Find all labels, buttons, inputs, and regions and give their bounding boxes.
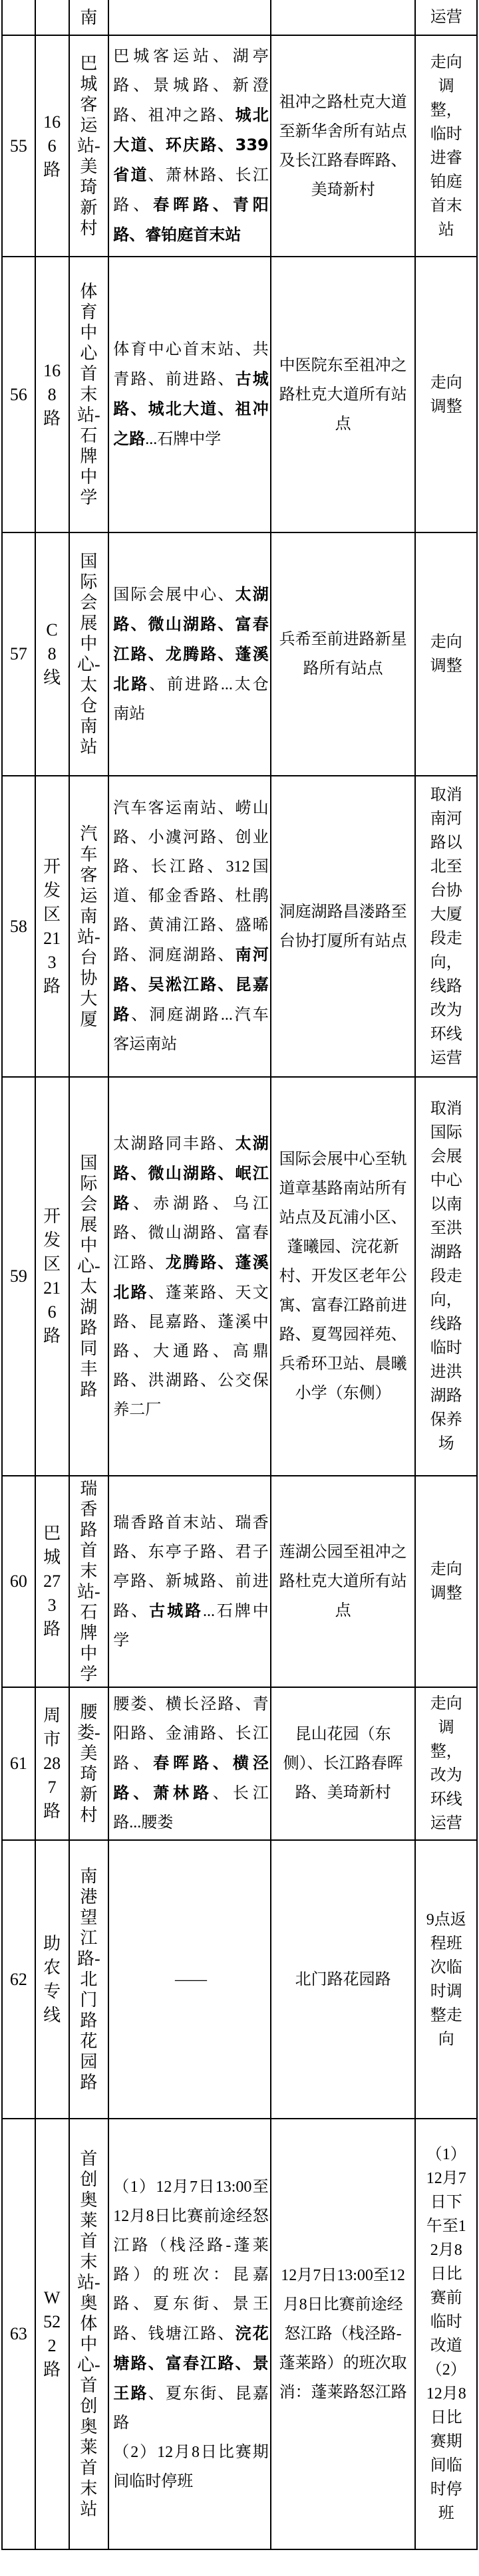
table-row: 62 助农专线 南港望江路-北门路花园路 —— 北门路花园路 9点返程班次临时调… xyxy=(3,1841,476,2119)
route-number xyxy=(36,0,70,35)
adjustment-note: 走向调整，改为环线运营 xyxy=(416,1688,476,1839)
table-row: 58 开发区213路 汽车客运南站-台协大厦 汽车客运南站、崂山路、小澞河路、创… xyxy=(3,776,476,1078)
row-number-text: 55 xyxy=(3,136,35,156)
row-number-text: 56 xyxy=(3,385,35,405)
route-roads: 巴城客运站、湖亭路、景城路、新澄路、祖冲之路、城北大道、环庆路、339省道、萧林… xyxy=(109,36,271,256)
adjustment-note-text: 9点返程班次临时调整走向 xyxy=(424,1908,468,2051)
route-number: W522路 xyxy=(36,2119,70,2549)
row-number: 59 xyxy=(3,1078,36,1475)
route-name: 国际会展中心-太湖路同丰路 xyxy=(70,1078,110,1475)
route-number: 166路 xyxy=(36,36,70,256)
route-name-text: 首创奥莱首末站-奥体中心-首创奥莱首末站 xyxy=(77,2149,102,2519)
adjustment-note: （1）12月7日下午至12月8日比赛前临时改道（2）12月8日比赛期间临时停班 xyxy=(416,2119,476,2549)
adjustment-note-text: 走向调整 xyxy=(424,630,468,678)
route-roads: 国际会展中心、太湖路、微山湖路、富春江路、龙腾路、蓬溪北路、前进路...太仓南站 xyxy=(109,533,271,775)
route-number: 168路 xyxy=(36,257,70,532)
affected-stops: 中医院东至祖冲之路杜克大道所有站点 xyxy=(271,257,416,532)
table-row: 59 开发区216路 国际会展中心-太湖路同丰路 太湖路同丰路、太湖路、微山湖路… xyxy=(3,1078,476,1476)
route-roads: 瑞香路首末站、瑞香路、东亭子路、君子亭路、新城路、前进路、古城路...石牌中学 xyxy=(109,1476,271,1687)
affected-stops-text: 洞庭湖路昌溇路至台协打厦所有站点 xyxy=(277,897,410,956)
row-number: 58 xyxy=(3,776,36,1076)
route-roads-text: 巴城客运站、湖亭路、景城路、新澄路、祖冲之路、城北大道、环庆路、339省道、萧林… xyxy=(113,42,268,250)
route-number-text: 166路 xyxy=(43,110,61,182)
affected-stops: 北门路花园路 xyxy=(271,1841,416,2118)
road-segment: 国际会展中心、 xyxy=(113,586,235,604)
route-number: 巴城273路 xyxy=(36,1476,70,1687)
route-roads: —— xyxy=(109,1841,271,2118)
row-number-text: 60 xyxy=(3,1572,35,1591)
route-number-text: C8线 xyxy=(43,618,61,690)
row-number: 63 xyxy=(3,2119,36,2549)
route-roads-text: 太湖路同丰路、太湖路、微山湖路、岷江路、赤湖路、乌江路、微山湖路、富春江路、龙腾… xyxy=(113,1129,268,1425)
adjustment-note: 9点返程班次临时调整走向 xyxy=(416,1841,476,2118)
route-roads: 体育中心首末站、共青路、前进路、古城路、城北大道、祖冲之路...石牌中学 xyxy=(109,257,271,532)
road-segment: 、洞庭湖路...汽车客运南站 xyxy=(113,1006,268,1053)
adjustment-note-text: 走向调整，改为环线运营 xyxy=(424,1692,468,1835)
route-roads: 汽车客运南站、崂山路、小澞河路、创业路、长江路、312国道、郁金香路、杜鹃路、黄… xyxy=(109,776,271,1076)
route-name-text: 腰娄-美琦新村 xyxy=(77,1702,102,1825)
route-name: 汽车客运南站-台协大厦 xyxy=(70,776,110,1076)
affected-stops: 祖冲之路杜克大道至新华舍所有站点及长江路春晖路、美琦新村 xyxy=(271,36,416,256)
adjustment-note: 取消国际会展中心以南至洪湖路段走向，线路临时进洪湖路保养场 xyxy=(416,1078,476,1475)
route-roads-text: —— xyxy=(113,1965,268,1994)
route-roads: 太湖路同丰路、太湖路、微山湖路、岷江路、赤湖路、乌江路、微山湖路、富春江路、龙腾… xyxy=(109,1078,271,1475)
route-number-text: W522路 xyxy=(43,2286,61,2382)
road-segment: 太湖路同丰路、 xyxy=(113,1135,235,1153)
route-name-text: 南 xyxy=(77,7,102,28)
row-number-text: 57 xyxy=(3,644,35,664)
route-number-text: 周市287路 xyxy=(43,1704,61,1823)
route-number-text: 巴城273路 xyxy=(43,1522,61,1641)
table-row: 55 166路 巴城客运站-美琦新村 巴城客运站、湖亭路、景城路、新澄路、祖冲之… xyxy=(3,36,476,257)
affected-stops-text: 祖冲之路杜克大道至新华舍所有站点及长江路春晖路、美琦新村 xyxy=(277,88,410,205)
route-name: 瑞香路首末站-石牌中学 xyxy=(70,1476,110,1687)
road-segment: ...石牌中学 xyxy=(145,431,221,448)
adjustment-note-text: 走向调整，临时进睿铂庭首末站 xyxy=(424,51,468,242)
affected-stops: 昆山花园（东侧）、长江路春晖路、美琦新村 xyxy=(271,1688,416,1839)
road-segment: （1）12月7日13:00至12月8日比赛前途经怒江路（栈泾路-蓬莱路）的班次：… xyxy=(113,2178,268,2343)
table-row: 60 巴城273路 瑞香路首末站-石牌中学 瑞香路首末站、瑞香路、东亭子路、君子… xyxy=(3,1476,476,1688)
affected-stops-text: 兵希至前进路新星路所有站点 xyxy=(277,625,410,683)
adjustment-note: 运营 xyxy=(416,0,476,35)
route-name-text: 汽车客运南站-台协大厦 xyxy=(77,824,102,1030)
route-roads-text: 国际会展中心、太湖路、微山湖路、富春江路、龙腾路、蓬溪北路、前进路...太仓南站 xyxy=(113,580,268,729)
adjustment-note: 走向调整 xyxy=(416,257,476,532)
adjustment-note-text: （1）12月7日下午至12月8日比赛前临时改道（2）12月8日比赛期间临时停班 xyxy=(424,2143,468,2525)
affected-stops-text: 12月7日13:00至12月8日比赛前途经怒江路（栈泾路-蓬莱路）的班次取消：蓬… xyxy=(277,2261,410,2407)
adjustment-note: 取消南河路以北至台协大厦段走向，线路改为环线运营 xyxy=(416,776,476,1076)
row-number: 61 xyxy=(3,1688,36,1839)
route-adjustment-table: 南 运营 55 166路 巴城客运站-美琦新村 巴城客运站、湖亭路、景城路、新澄… xyxy=(1,0,478,2550)
row-number-text: 59 xyxy=(3,1266,35,1286)
row-number: 55 xyxy=(3,36,36,256)
route-name: 首创奥莱首末站-奥体中心-首创奥莱首末站 xyxy=(70,2119,110,2549)
row-number-text: 61 xyxy=(3,1754,35,1774)
route-number-text: 168路 xyxy=(43,359,61,431)
bus-route-adjustment-notice: 南 运营 55 166路 巴城客运站-美琦新村 巴城客运站、湖亭路、景城路、新澄… xyxy=(0,0,479,2576)
route-roads-text: 体育中心首末站、共青路、前进路、古城路、城北大道、祖冲之路...石牌中学 xyxy=(113,335,268,454)
row-number-text: 58 xyxy=(3,917,35,937)
emphasized-road-segment: 古城路 xyxy=(149,1601,203,1620)
route-name: 体育中心首末站-石牌中学 xyxy=(70,257,110,532)
affected-stops: 莲湖公园至祖冲之路杜克大道所有站点 xyxy=(271,1476,416,1687)
road-segment: 、蓬莱路、天文路、昆嘉路、蓬溪中路、大通路、高鼎路、洪湖路、公交保养二厂 xyxy=(113,1284,268,1419)
route-name-text: 瑞香路首末站-石牌中学 xyxy=(77,1478,102,1685)
route-name: 腰娄-美琦新村 xyxy=(70,1688,110,1839)
route-number: 助农专线 xyxy=(36,1841,70,2118)
route-number: 开发区213路 xyxy=(36,776,70,1076)
adjustment-note: 走向调整，临时进睿铂庭首末站 xyxy=(416,36,476,256)
affected-stops: 国际会展中心至轨道章基路南站所有站点及瓦浦小区、蓬曦园、浣花新村、开发区老年公寓… xyxy=(271,1078,416,1475)
table-row: 63 W522路 首创奥莱首末站-奥体中心-首创奥莱首末站 （1）12月7日13… xyxy=(3,2119,476,2550)
route-number: C8线 xyxy=(36,533,70,775)
adjustment-note-text: 走向调整 xyxy=(424,1558,468,1605)
row-number: 57 xyxy=(3,533,36,775)
row-number-text: 63 xyxy=(3,2324,35,2344)
affected-stops-text: 莲湖公园至祖冲之路杜克大道所有站点 xyxy=(277,1538,410,1625)
road-segment: 汽车客运南站、崂山路、小澞河路、创业路、长江路、312国道、郁金香路、杜鹃路、黄… xyxy=(113,800,268,964)
table-row: 南 运营 xyxy=(3,0,476,36)
route-name-text: 体育中心首末站-石牌中学 xyxy=(77,281,102,508)
row-number: 56 xyxy=(3,257,36,532)
row-number-text: 62 xyxy=(3,1970,35,1990)
route-number-text: 助农专线 xyxy=(43,1932,61,2028)
route-number: 周市287路 xyxy=(36,1688,70,1839)
route-roads: 腰娄、横长泾路、青阳路、金浦路、长江路、春晖路、横泾路、萧林路、长江路...腰娄 xyxy=(109,1688,271,1839)
route-roads-text: 瑞香路首末站、瑞香路、东亭子路、君子亭路、新城路、前进路、古城路...石牌中学 xyxy=(113,1508,268,1655)
road-segment: —— xyxy=(175,1971,207,1988)
affected-stops: 洞庭湖路昌溇路至台协打厦所有站点 xyxy=(271,776,416,1076)
adjustment-note-text: 取消南河路以北至台协大厦段走向，线路改为环线运营 xyxy=(424,783,468,1070)
route-roads-text: （1）12月7日13:00至12月8日比赛前途经怒江路（栈泾路-蓬莱路）的班次：… xyxy=(113,2172,268,2496)
route-name: 南港望江路-北门路花园路 xyxy=(70,1841,110,2118)
route-roads: （1）12月7日13:00至12月8日比赛前途经怒江路（栈泾路-蓬莱路）的班次：… xyxy=(109,2119,271,2549)
route-roads-text: 汽车客运南站、崂山路、小澞河路、创业路、长江路、312国道、郁金香路、杜鹃路、黄… xyxy=(113,794,268,1059)
route-name: 南 xyxy=(70,0,110,35)
adjustment-note-text: 运营 xyxy=(424,5,468,29)
table-row: 61 周市287路 腰娄-美琦新村 腰娄、横长泾路、青阳路、金浦路、长江路、春晖… xyxy=(3,1688,476,1841)
route-name-text: 国际会展中心-太仓南站 xyxy=(77,551,102,757)
route-name: 国际会展中心-太仓南站 xyxy=(70,533,110,775)
table-row: 56 168路 体育中心首末站-石牌中学 体育中心首末站、共青路、前进路、古城路… xyxy=(3,257,476,533)
route-number-text: 开发区216路 xyxy=(43,1205,61,1348)
adjustment-note-text: 走向调整 xyxy=(424,371,468,419)
route-number: 开发区216路 xyxy=(36,1078,70,1475)
affected-stops xyxy=(271,0,416,35)
route-name-text: 巴城客运站-美琦新村 xyxy=(77,53,102,239)
affected-stops-text: 中医院东至祖冲之路杜克大道所有站点 xyxy=(277,351,410,439)
adjustment-note-text: 取消国际会展中心以南至洪湖路段走向，线路临时进洪湖路保养场 xyxy=(424,1097,468,1456)
route-name: 巴城客运站-美琦新村 xyxy=(70,36,110,256)
row-number: 60 xyxy=(3,1476,36,1687)
affected-stops-text: 国际会展中心至轨道章基路南站所有站点及瓦浦小区、蓬曦园、浣花新村、开发区老年公寓… xyxy=(277,1145,410,1408)
route-name-text: 南港望江路-北门路花园路 xyxy=(77,1866,102,2093)
affected-stops: 兵希至前进路新星路所有站点 xyxy=(271,533,416,775)
row-number: 62 xyxy=(3,1841,36,2118)
route-roads xyxy=(109,0,271,35)
affected-stops-text: 昆山花园（东侧）、长江路春晖路、美琦新村 xyxy=(277,1720,410,1808)
affected-stops: 12月7日13:00至12月8日比赛前途经怒江路（栈泾路-蓬莱路）的班次取消：蓬… xyxy=(271,2119,416,2549)
route-number-text: 开发区213路 xyxy=(43,855,61,998)
route-name-text: 国际会展中心-太湖路同丰路 xyxy=(77,1153,102,1400)
adjustment-note: 走向调整 xyxy=(416,533,476,775)
affected-stops-text: 北门路花园路 xyxy=(277,1965,410,1994)
adjustment-note: 走向调整 xyxy=(416,1476,476,1687)
route-roads-text: 腰娄、横长泾路、青阳路、金浦路、长江路、春晖路、横泾路、萧林路、长江路...腰娄 xyxy=(113,1690,268,1837)
table-row: 57 C8线 国际会展中心-太仓南站 国际会展中心、太湖路、微山湖路、富春江路、… xyxy=(3,533,476,776)
row-number xyxy=(3,0,36,35)
